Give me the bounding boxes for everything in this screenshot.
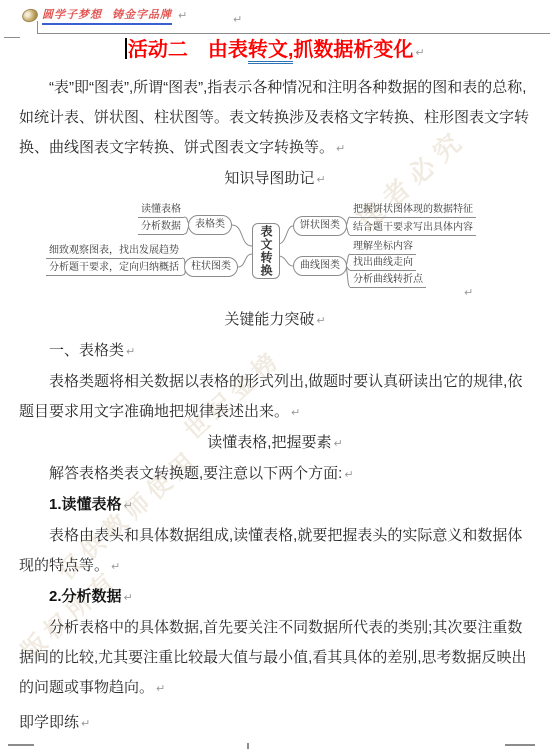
point1-title: 1.读懂表格↵ (19, 490, 531, 521)
paragraph-return-mark: ↵ (316, 314, 325, 327)
map-leaf: 找出曲线走向 (350, 257, 416, 271)
paragraph-return-mark: ↵ (233, 13, 242, 26)
paragraph-return-mark: ↵ (344, 468, 353, 481)
subheading-text: 一、表格类 (49, 342, 124, 359)
page-top-boundary (37, 33, 550, 34)
brand-slogan-link[interactable]: 圆学子梦想铸金字品牌 (42, 6, 172, 25)
point2-title: 2.分析数据↵ (19, 582, 531, 613)
paragraph-return-mark: ↵ (124, 499, 133, 512)
key-ability-heading: 关键能力突破↵ (19, 305, 531, 336)
two-aspects-paragraph: 解答表格类表文转换题,要注意以下两个方面:↵ (19, 459, 531, 490)
table-category-paragraph: 表格类题将相关数据以表格的形式列出,做题时要认真研读出它的规律,依题目要求用文字… (19, 367, 531, 428)
map-leaf: 结合题干要求写出具体内容 (350, 222, 476, 236)
point1-paragraph: 表格由表头和具体数据组成,读懂表格,就要把握表头的实际意义和数据体现的特点等。↵ (19, 521, 531, 582)
paragraph-text: 分析表格中的具体数据,首先要关注不同数据所代表的类别;其次要注重数据间的比较,尤… (19, 619, 527, 696)
subheading-table-category: 一、表格类↵ (19, 336, 531, 367)
paragraph-text: 解答表格类表文转换题,要注意以下两个方面: (49, 465, 342, 482)
map-leaf: 细致观察图表，找出发展趋势 (46, 245, 182, 259)
brand-header: 圆学子梦想铸金字品牌 ↵ (22, 6, 187, 25)
paragraph-return-mark: ↵ (336, 142, 345, 155)
page-boundary-mark (505, 744, 535, 746)
paragraph-return-mark: ↵ (111, 560, 120, 573)
paragraph-return-mark: ↵ (81, 717, 90, 730)
paragraph-text: 表格类题将相关数据以表格的形式列出,做题时要认真研读出它的规律,依题目要求用文字… (19, 373, 522, 420)
paragraph-text: 表格由表头和具体数据组成,读懂表格,就要把握表头的实际意义和数据体现的特点等。 (19, 527, 522, 574)
page-title: 活动二 由表转文,抓数据析变化↵ (19, 36, 531, 67)
map-leaf: 把握饼状图体现的数据特征 (350, 204, 476, 218)
map-center-node: 表文转换 (252, 223, 280, 279)
point-title-text: 1.读懂表格 (49, 496, 122, 513)
document-page: 违者必究 仅供教师使用 版权所有 世纪金榜 圆学子梦想铸金字品牌 ↵ ↵ 活动二… (0, 0, 550, 749)
paragraph-return-mark: ↵ (156, 682, 165, 695)
knowledge-map-heading: 知识导图助记↵ (19, 164, 531, 195)
map-node-table: 表格类 (188, 215, 232, 235)
paragraph-return-mark: ↵ (291, 406, 300, 419)
map-node-bar-chart: 柱状图类 (184, 257, 238, 277)
brand-logo-icon (20, 7, 39, 24)
map-node-pie-chart: 饼状图类 (293, 216, 347, 236)
intro-text: “表”即“图表”,所谓“图表”,指表示各种情况和注明各种数据的图和表的总称,如统… (19, 79, 529, 156)
page-boundary-mark (4, 37, 20, 38)
practice-heading: 即学即练↵ (19, 708, 531, 739)
heading-text: 即学即练 (19, 714, 79, 731)
paragraph-return-mark: ↵ (178, 9, 187, 22)
map-leaf: 分析题干要求，定向归纳概括 (46, 262, 182, 276)
brand-slogan-left[interactable]: 圆学子梦想 (42, 9, 102, 21)
point-title-text: 2.分析数据 (49, 588, 122, 605)
heading-text: 关键能力突破 (224, 311, 314, 328)
title-suffix: 抓数据析变化 (293, 39, 413, 61)
page-boundary-mark (8, 744, 34, 746)
paragraph-return-mark: ↵ (464, 278, 473, 308)
knowledge-map-diagram: 读懂表格 分析数据 细致观察图表，找出发展趋势 分析题干要求，定向归纳概括 表格… (0, 196, 550, 304)
map-node-line-chart: 曲线图类 (293, 256, 347, 276)
page-boundary-mark (247, 743, 249, 749)
map-leaf: 读懂表格 (138, 204, 184, 218)
document-body: 活动二 由表转文,抓数据析变化↵ “表”即“图表”,所谓“图表”,指表示各种情况… (19, 36, 531, 739)
intro-paragraph: “表”即“图表”,所谓“图表”,指表示各种情况和注明各种数据的图和表的总称,如统… (19, 73, 531, 164)
point2-paragraph: 分析表格中的具体数据,首先要关注不同数据所代表的类别;其次要注重数据间的比较,尤… (19, 613, 531, 704)
paragraph-return-mark: ↵ (124, 591, 133, 604)
title-prefix: 活动二 由表 (128, 39, 248, 61)
paragraph-return-mark: ↵ (316, 173, 325, 186)
read-table-heading: 读懂表格,把握要素↵ (19, 428, 531, 459)
paragraph-return-mark: ↵ (333, 437, 342, 450)
heading-text: 读懂表格,把握要素 (207, 434, 331, 451)
brand-slogan-right[interactable]: 铸金字品牌 (112, 9, 172, 21)
map-leaf: 分析曲线转折点 (350, 274, 426, 288)
map-leaf: 理解坐标内容 (350, 241, 416, 255)
text-cursor (125, 38, 127, 59)
title-underlined-segment: 转文, (248, 39, 294, 64)
paragraph-return-mark: ↵ (126, 345, 135, 358)
paragraph-return-mark: ↵ (415, 46, 424, 59)
map-leaf: 分析数据 (138, 221, 184, 235)
heading-text: 知识导图助记 (224, 170, 314, 187)
